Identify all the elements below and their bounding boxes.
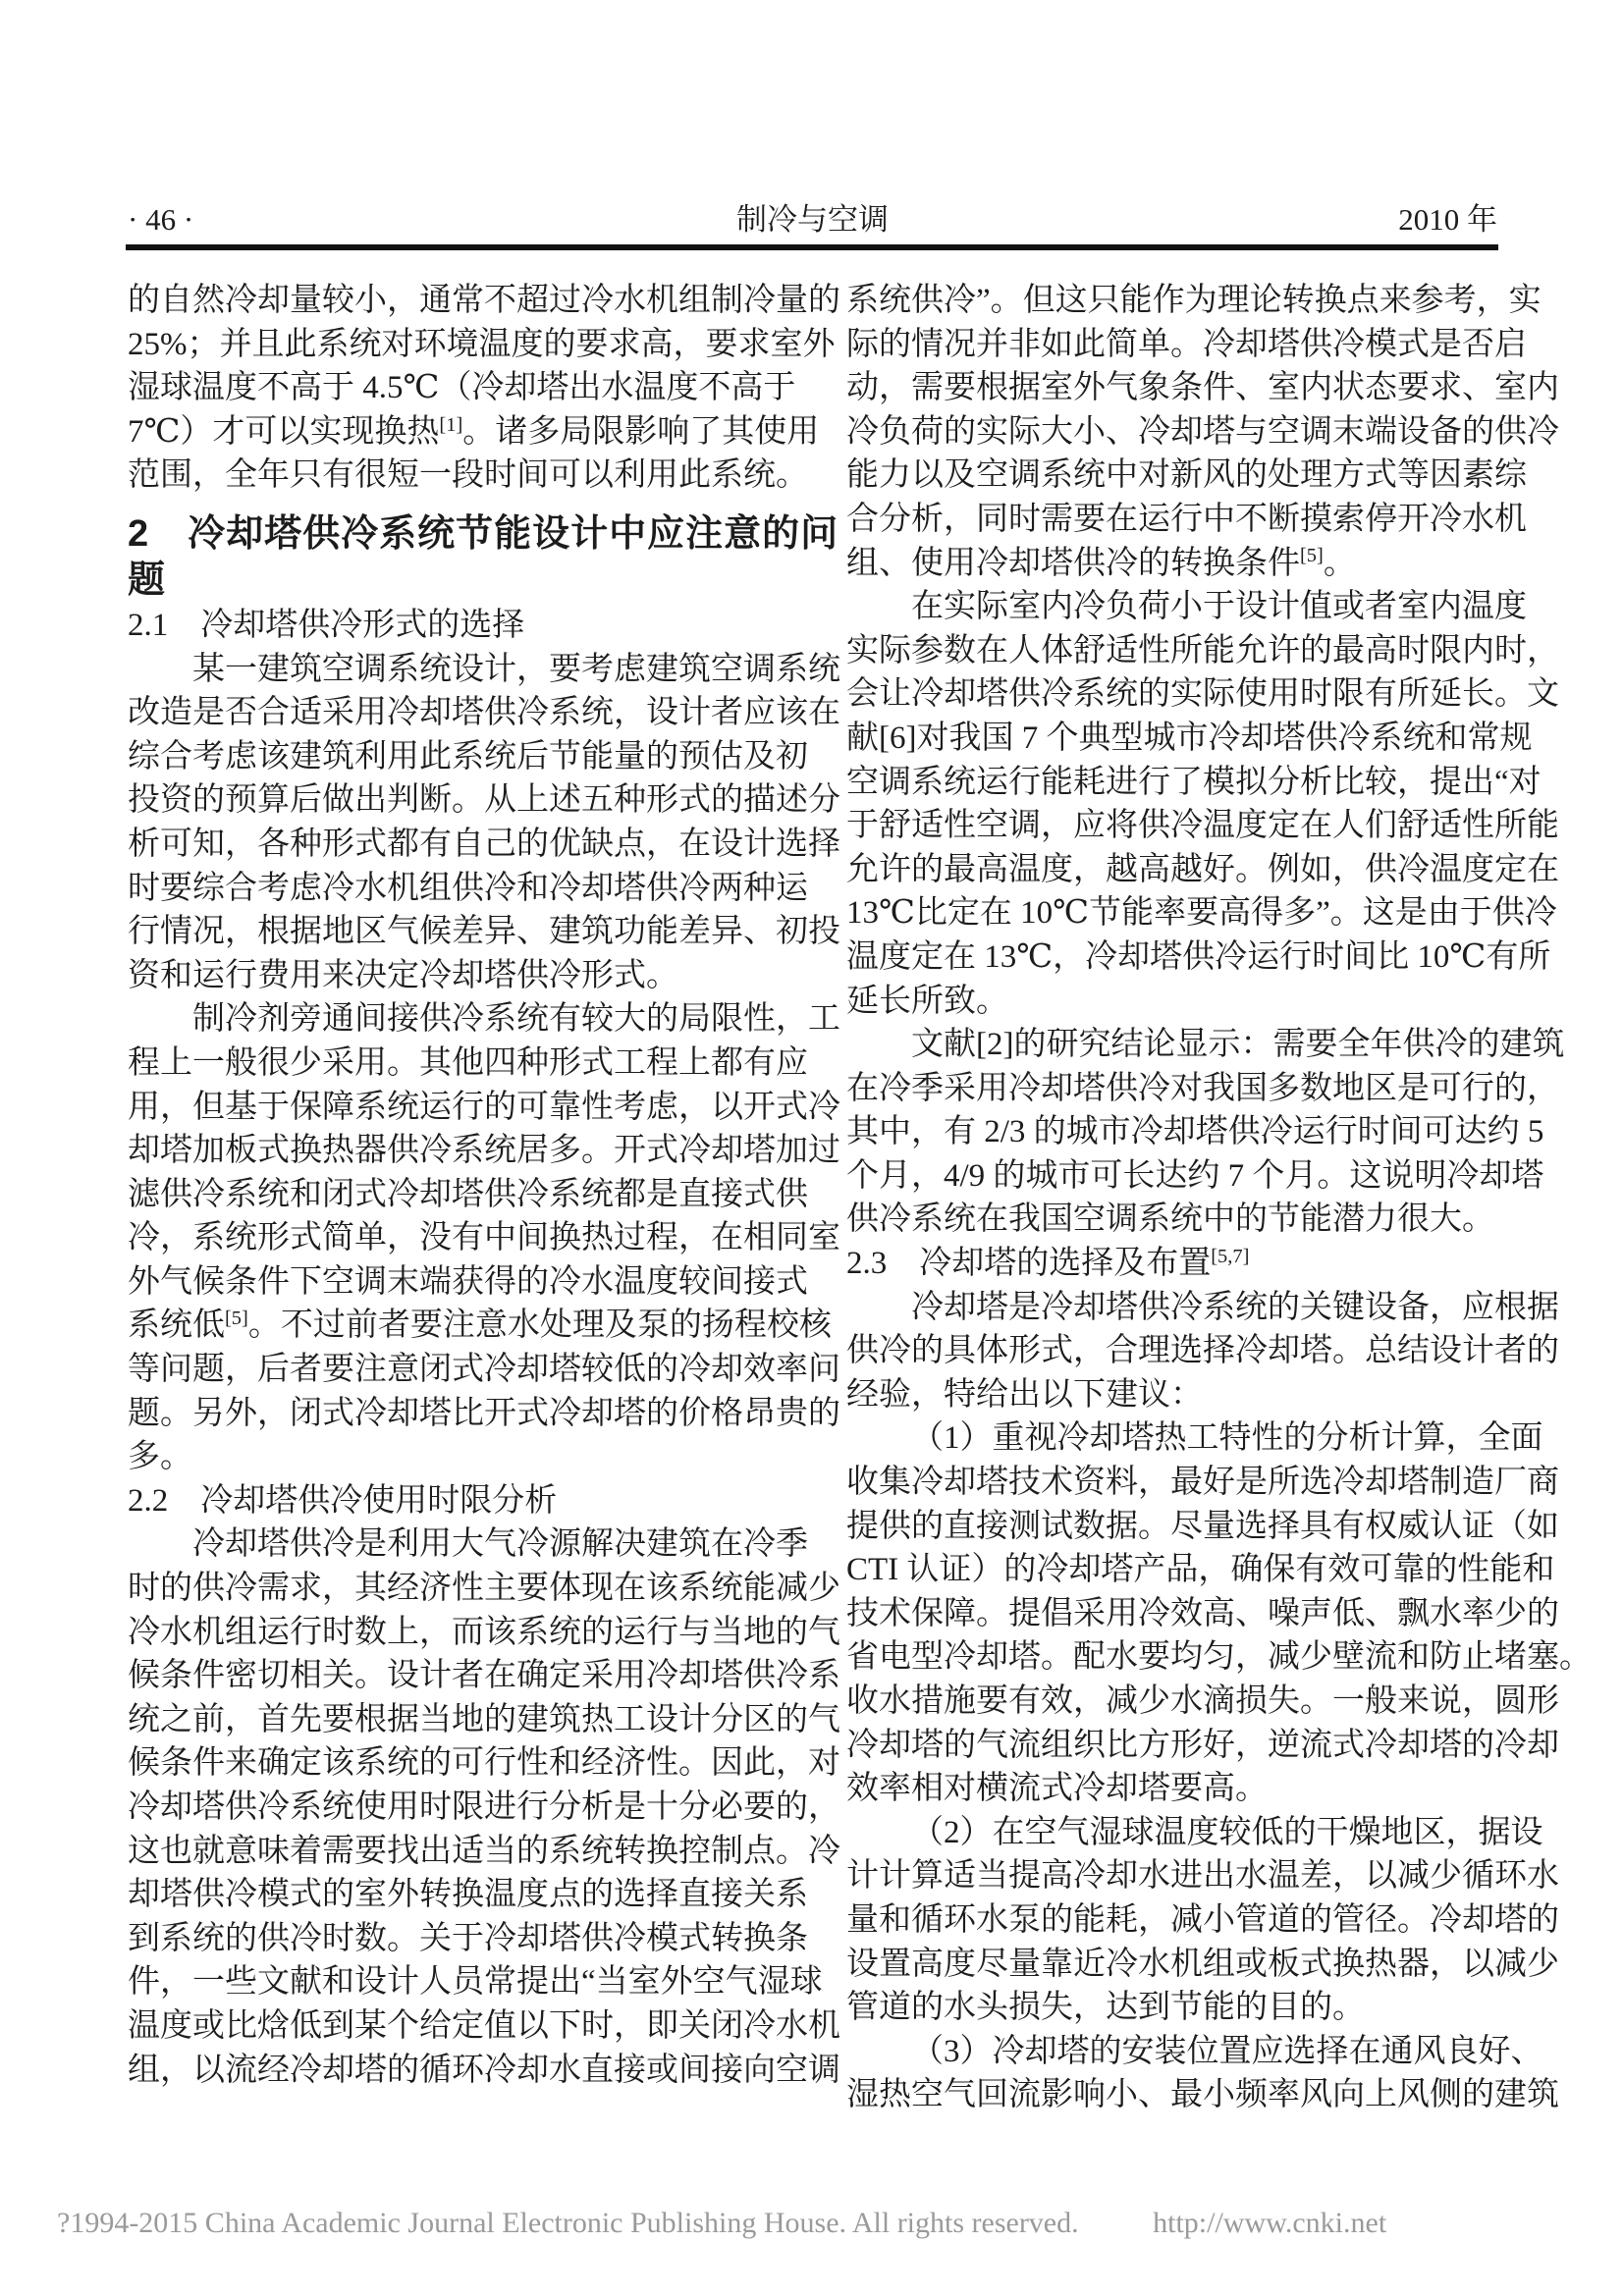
text-line: 到系统的供冷时数。关于冷却塔供冷模式转换条 (128, 1917, 779, 1961)
text-line: 7℃）才可以实现换热[1]。诸多局限影响了其使用 (128, 410, 779, 454)
text-line: 却塔加板式换热器供冷系统居多。开式冷却塔加过 (128, 1129, 779, 1173)
text-line: 提供的直接测试数据。尽量选择具有权威认证（如 (846, 1505, 1497, 1549)
text-line: 经验，特给出以下建议： (846, 1373, 1497, 1417)
text-line: 冷却塔供冷是利用大气冷源解决建筑在冷季 (128, 1522, 779, 1567)
text-line: 25%；并且此系统对环境温度的要求高，要求室外 (128, 323, 779, 367)
text-line: 外气候条件下空调末端获得的冷水温度较间接式 (128, 1260, 779, 1305)
text-line: 在实际室内冷负荷小于设计值或者室内温度 (846, 585, 1497, 629)
text-line: 系统低[5]。不过前者要注意水处理及泵的扬程校核 (128, 1304, 779, 1348)
cnki-url: http://www.cnki.net (1153, 2207, 1386, 2239)
text-line: 滤供冷系统和闭式冷却塔供冷系统都是直接式供 (128, 1173, 779, 1217)
text-line: 系统供冷”。但这只能作为理论转换点来参考，实 (846, 279, 1497, 323)
text-line: 冷却塔供冷系统使用时限进行分析是十分必要的， (128, 1786, 779, 1830)
text-line: 收水措施要有效，减少水滴损失。一般来说，圆形 (846, 1680, 1497, 1724)
journal-page: · 46 · 制冷与空调 2010 年 的自然冷却量较小，通常不超过冷水机组制冷… (0, 0, 1623, 2296)
text-line: 冷却塔是冷却塔供冷系统的关键设备，应根据 (846, 1286, 1497, 1330)
text-line: 用，但基于保障系统运行的可靠性考虑，以开式冷 (128, 1086, 779, 1130)
text-line: 程上一般很少采用。其他四种形式工程上都有应 (128, 1041, 779, 1086)
text-line: 等问题，后者要注意闭式冷却塔较低的冷却效率问 (128, 1348, 779, 1392)
text-line: 冷水机组运行时数上，而该系统的运行与当地的气 (128, 1611, 779, 1655)
text-line: 统之前，首先要根据当地的建筑热工设计分区的气 (128, 1698, 779, 1742)
page-header: · 46 · 制冷与空调 2010 年 (128, 198, 1497, 240)
text-line: 收集冷却塔技术资料，最好是所选冷却塔制造厂商 (846, 1461, 1497, 1505)
text-line: （2）在空气湿球温度较低的干燥地区，据设 (846, 1811, 1497, 1855)
text-line: 行情况，根据地区气候差异、建筑功能差异、初投 (128, 910, 779, 954)
text-line: 延长所致。 (846, 980, 1497, 1024)
text-line: 动，需要根据室外气象条件、室内状态要求、室内 (846, 366, 1497, 410)
text-line: 其中，有 2/3 的城市冷却塔供冷运行时间可达约 5 (846, 1110, 1497, 1154)
text-line: 合分析，同时需要在运行中不断摸索停开冷水机 (846, 498, 1497, 542)
subsection-heading: 2.2 冷却塔供冷使用时限分析 (128, 1479, 779, 1523)
text-line: 题。另外，闭式冷却塔比开式冷却塔的价格昂贵的 (128, 1392, 779, 1436)
copyright-text: ?1994-2015 China Academic Journal Electr… (57, 2207, 1079, 2239)
page-footer: ?1994-2015 China Academic Journal Electr… (57, 2207, 1589, 2240)
text-line: （1）重视冷却塔热工特性的分析计算，全面 (846, 1416, 1497, 1461)
text-line: 省电型冷却塔。配水要均匀，减少壁流和防止堵塞。 (846, 1635, 1497, 1680)
text-line: 湿球温度不高于 4.5℃（冷却塔出水温度不高于 (128, 366, 779, 410)
text-line: （3）冷却塔的安装位置应选择在通风良好、 (846, 2030, 1497, 2074)
text-line: 综合考虑该建筑利用此系统后节能量的预估及初 (128, 735, 779, 779)
text-line: 供冷系统在我国空调系统中的节能潜力很大。 (846, 1198, 1497, 1242)
text-line: 改造是否合适采用冷却塔供冷系统，设计者应该在 (128, 691, 779, 735)
text-line: 却塔供冷模式的室外转换温度点的选择直接关系 (128, 1873, 779, 1917)
text-line: 实际参数在人体舒适性所能允许的最高时限内时， (846, 629, 1497, 673)
text-line: 允许的最高温度，越高越好。例如，供冷温度定在 (846, 848, 1497, 892)
header-rule (126, 244, 1498, 250)
text-column-left: 的自然冷却量较小，通常不超过冷水机组制冷量的25%；并且此系统对环境温度的要求高… (128, 279, 779, 2092)
text-line: 管道的水头损失，达到节能的目的。 (846, 1986, 1497, 2030)
text-line: 候条件密切相关。设计者在确定采用冷却塔供冷系 (128, 1654, 779, 1698)
text-line: 时的供冷需求，其经济性主要体现在该系统能减少 (128, 1567, 779, 1611)
text-line: 计计算适当提高冷却水进出水温差，以减少循环水 (846, 1854, 1497, 1898)
text-line: 时要综合考虑冷水机组供冷和冷却塔供冷两种运 (128, 867, 779, 911)
text-line: 候条件来确定该系统的可行性和经济性。因此，对 (128, 1741, 779, 1786)
text-line: 析可知，各种形式都有自己的优缺点，在设计选择 (128, 823, 779, 867)
text-line: 组，以流经冷却塔的循环冷却水直接或间接向空调 (128, 2049, 779, 2093)
text-line: 温度定在 13℃，冷却塔供冷运行时间比 10℃有所 (846, 935, 1497, 980)
journal-title: 制冷与空调 (128, 200, 1497, 240)
text-line: 冷负荷的实际大小、冷却塔与空调末端设备的供冷 (846, 410, 1497, 454)
text-line: 际的情况并非如此简单。冷却塔供冷模式是否启 (846, 323, 1497, 367)
text-line: 个月，4/9 的城市可长达约 7 个月。这说明冷却塔 (846, 1154, 1497, 1199)
text-line: 冷却塔的气流组织比方形好，逆流式冷却塔的冷却 (846, 1724, 1497, 1768)
text-column-right: 系统供冷”。但这只能作为理论转换点来参考，实际的情况并非如此简单。冷却塔供冷模式… (846, 279, 1497, 2117)
text-line: 温度或比焓低到某个给定值以下时，即关闭冷水机 (128, 2004, 779, 2049)
text-line: 设置高度尽量靠近冷水机组或板式换热器，以减少 (846, 1943, 1497, 1987)
text-line: 能力以及空调系统中对新风的处理方式等因素综 (846, 454, 1497, 498)
text-line: 的自然冷却量较小，通常不超过冷水机组制冷量的 (128, 279, 779, 323)
section-heading-line: 2 冷却塔供冷系统节能设计中应注意的问 (128, 511, 779, 558)
text-line: 组、使用冷却塔供冷的转换条件[5]。 (846, 542, 1497, 586)
text-line: 投资的预算后做出判断。从上述五种形式的描述分 (128, 778, 779, 823)
text-line: 会让冷却塔供冷系统的实际使用时限有所延长。文 (846, 672, 1497, 717)
text-line: 范围，全年只有很短一段时间可以利用此系统。 (128, 454, 779, 498)
text-line: 制冷剂旁通间接供冷系统有较大的局限性，工 (128, 997, 779, 1041)
section-heading-line: 题 (128, 558, 779, 604)
subsection-heading: 2.3 冷却塔的选择及布置[5,7] (846, 1242, 1497, 1286)
text-line: 空调系统运行能耗进行了模拟分析比较，提出“对 (846, 761, 1497, 805)
text-line: 件，一些文献和设计人员常提出“当室外空气湿球 (128, 1960, 779, 2004)
text-line: 冷，系统形式简单，没有中间换热过程，在相同室 (128, 1216, 779, 1260)
text-line: 于舒适性空调，应将供冷温度定在人们舒适性所能 (846, 804, 1497, 848)
text-line: CTI 认证）的冷却塔产品，确保有效可靠的性能和 (846, 1548, 1497, 1592)
text-line: 量和循环水泵的能耗，减小管道的管径。冷却塔的 (846, 1898, 1497, 1943)
text-line: 资和运行费用来决定冷却塔供冷形式。 (128, 954, 779, 998)
text-line: 技术保障。提倡采用冷效高、噪声低、飘水率少的 (846, 1592, 1497, 1636)
text-line: 这也就意味着需要找出适当的系统转换控制点。冷 (128, 1830, 779, 1874)
text-line: 效率相对横流式冷却塔要高。 (846, 1767, 1497, 1811)
text-line: 13℃比定在 10℃节能率要高得多”。这是由于供冷 (846, 891, 1497, 935)
text-line: 献[6]对我国 7 个典型城市冷却塔供冷系统和常规 (846, 717, 1497, 761)
text-line: 某一建筑空调系统设计，要考虑建筑空调系统 (128, 648, 779, 692)
text-line: 多。 (128, 1435, 779, 1479)
text-line: 供冷的具体形式，合理选择冷却塔。总结设计者的 (846, 1329, 1497, 1373)
text-line: 在冷季采用冷却塔供冷对我国多数地区是可行的， (846, 1067, 1497, 1111)
subsection-heading: 2.1 冷却塔供冷形式的选择 (128, 604, 779, 648)
text-line: 湿热空气回流影响小、最小频率风向上风侧的建筑 (846, 2073, 1497, 2117)
text-line: 文献[2]的研究结论显示：需要全年供冷的建筑 (846, 1023, 1497, 1067)
